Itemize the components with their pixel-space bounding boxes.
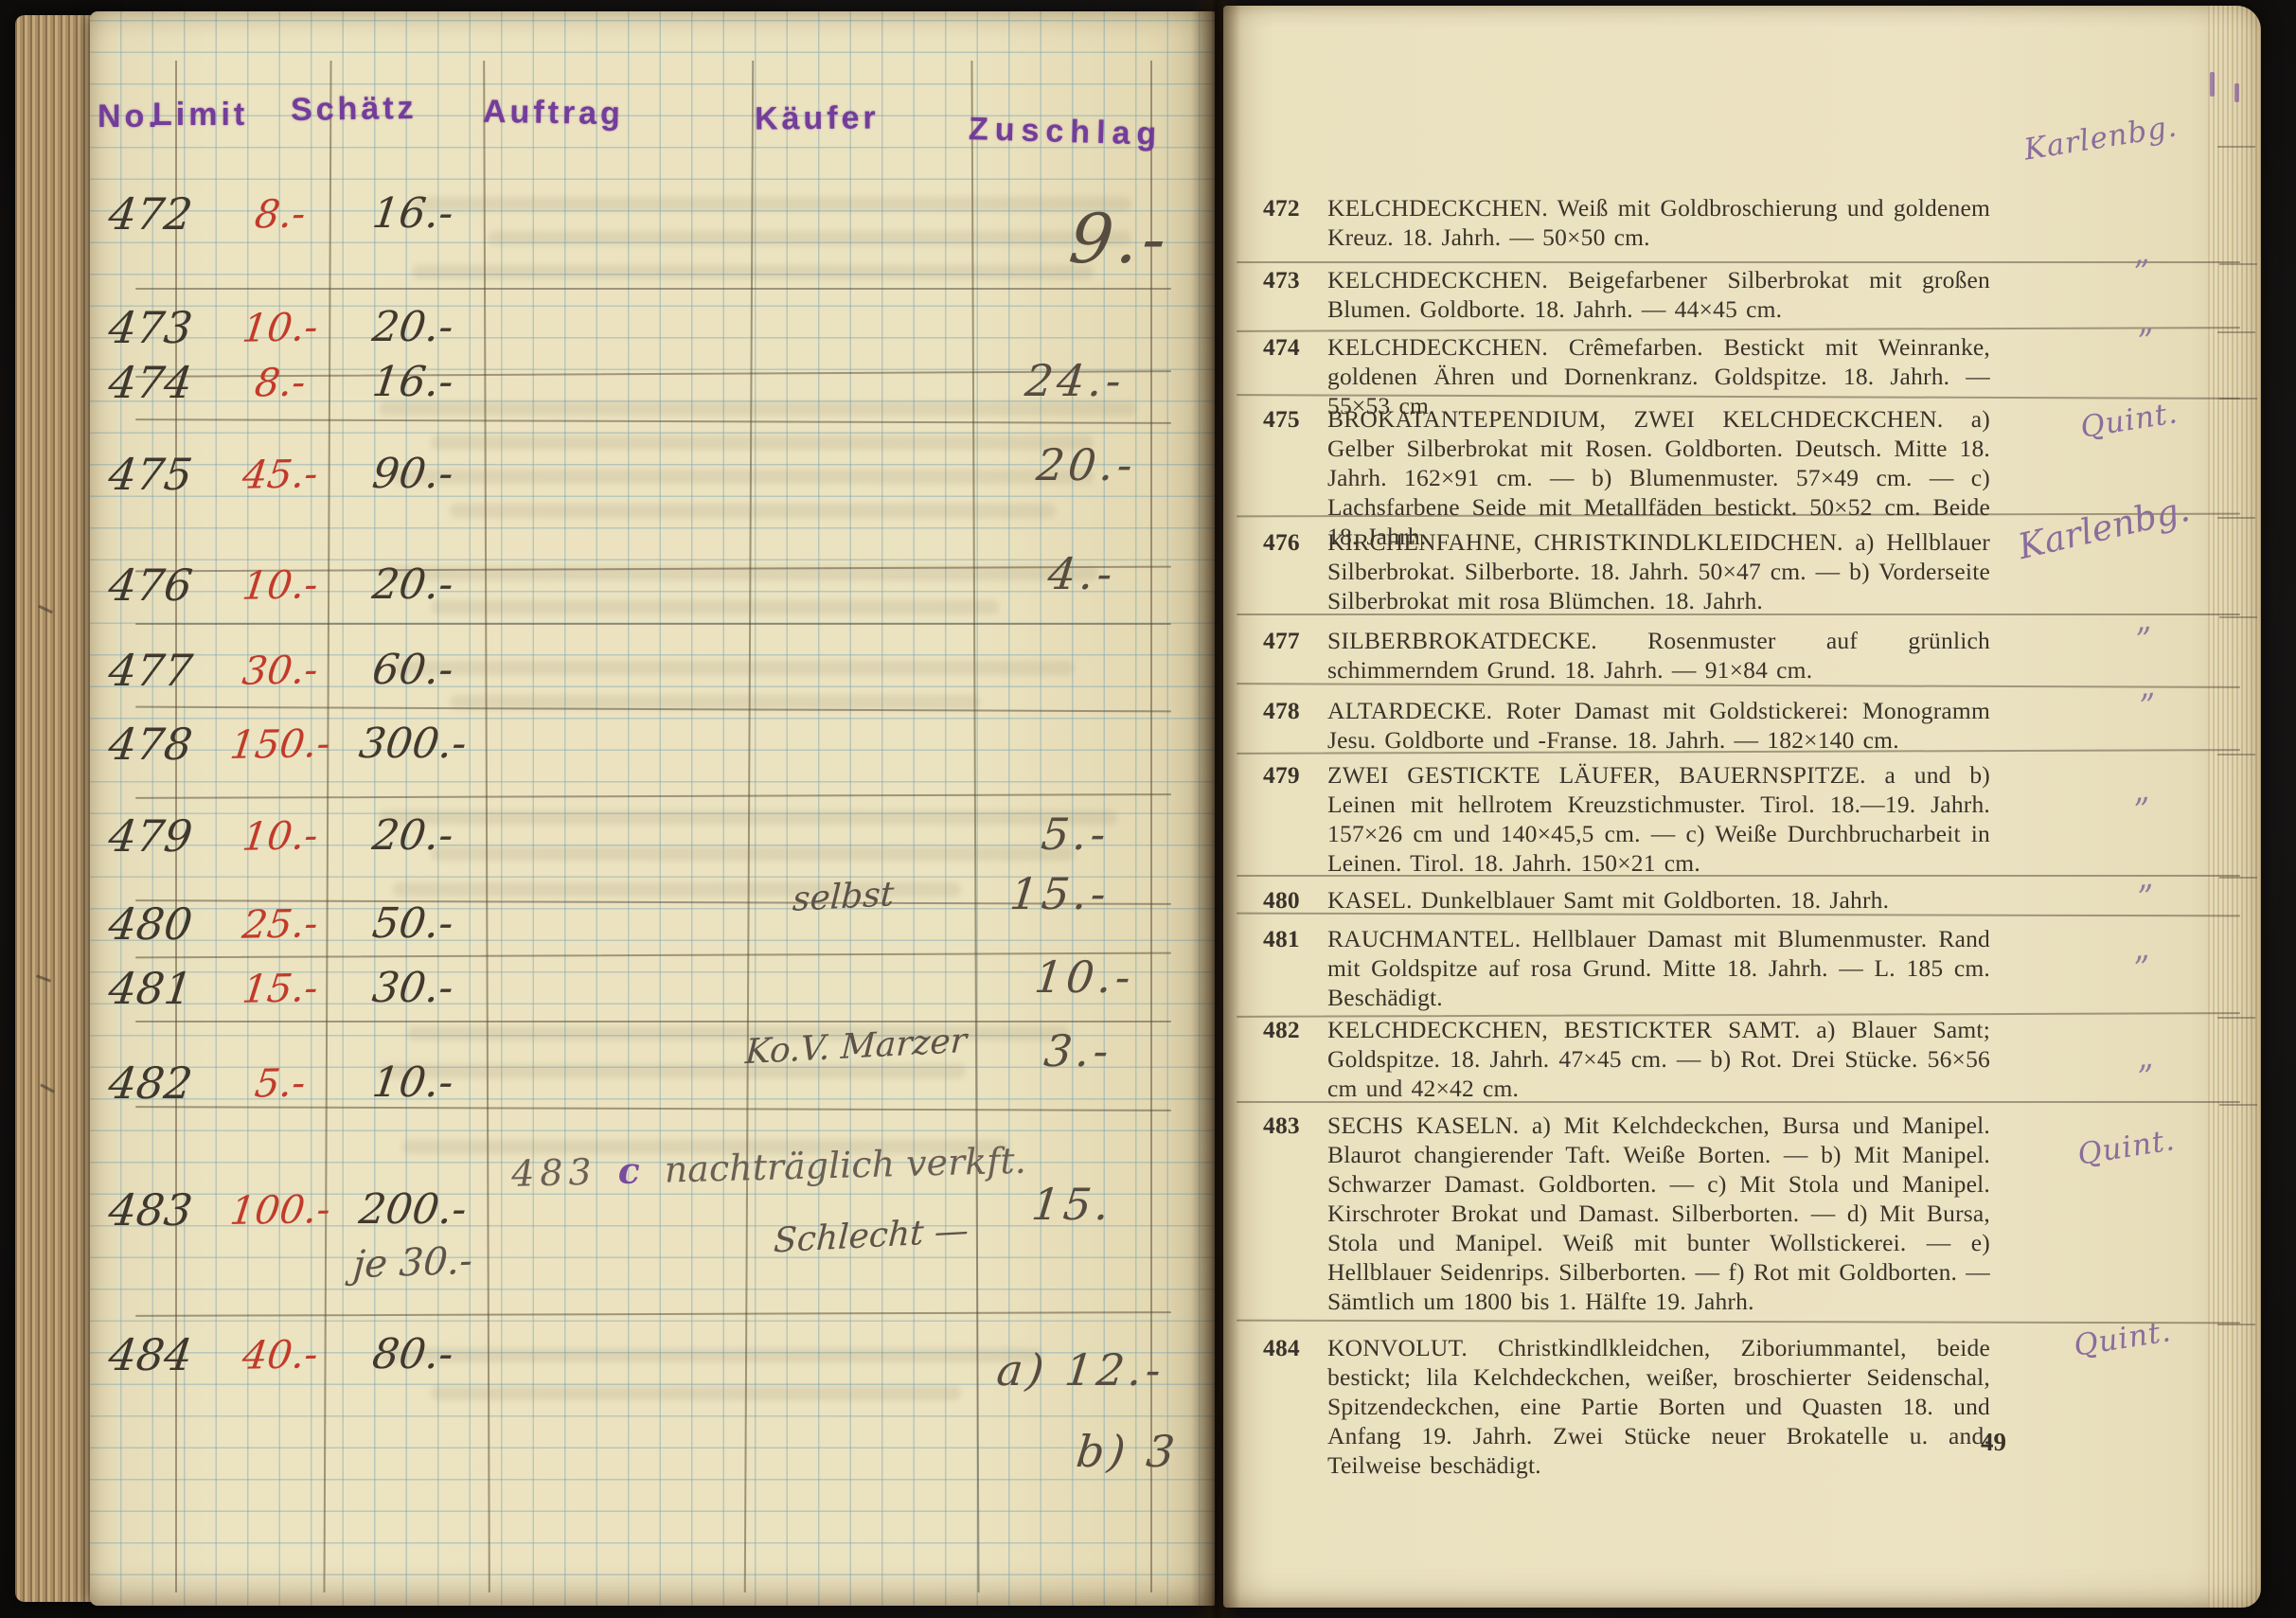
row-lot-number: 474 <box>104 358 197 407</box>
row-lot-number: 481 <box>104 964 197 1013</box>
catalog-entry: 477 SILBERBROKATDECKE. Rosenmuster auf g… <box>1252 626 1992 685</box>
catalog-page: 472 KELCHDECKCHEN. Weiß mit Goldbroschie… <box>1223 6 2261 1608</box>
row-estimate-value: 90.- <box>341 450 485 499</box>
row-lot-number: 480 <box>104 899 197 949</box>
row-lot-number: 483 <box>104 1185 197 1235</box>
row-hammer-price: a) 12.- <box>994 1345 1166 1395</box>
row-hammer-price: 9.- <box>1067 214 1171 263</box>
row-lot-number: 484 <box>104 1330 197 1379</box>
catalog-entry: 481 RAUCHMANTEL. Hellblauer Damast mit B… <box>1252 924 1992 1012</box>
row-estimate-value: 200.- <box>341 1185 485 1235</box>
column-header-auftrag: Auftrag <box>483 94 625 133</box>
entry-description: ALTARDECKE. Roter Damast mit Goldsticker… <box>1327 696 1990 755</box>
fore-edge-tick <box>2217 331 2255 333</box>
catalog-entry: 473 KELCHDECKCHEN. Beigefarbener Silberb… <box>1252 265 1992 324</box>
entry-separator-line <box>1237 261 2240 263</box>
entry-description: KIRCHENFAHNE, CHRISTKINDLKLEIDCHEN. a) H… <box>1327 527 1990 615</box>
row-limit-value: 8.- <box>218 357 344 408</box>
row-limit-value: 30.- <box>218 645 344 696</box>
row-limit-value: 10.- <box>218 560 344 611</box>
fore-edge-tick <box>2217 517 2255 519</box>
row-hammer-price: 24.- <box>1023 356 1127 405</box>
row-hammer-price: 15.- <box>1007 869 1112 918</box>
row-lot-number: 476 <box>104 560 197 610</box>
margin-note-ditto: ” <box>2136 1058 2156 1097</box>
row-estimate-value: 50.- <box>341 899 485 949</box>
entry-description: KASEL. Dunkelblauer Samt mit Goldborten.… <box>1327 885 1990 915</box>
row-limit-value: 10.- <box>218 302 344 353</box>
catalog-entry: 483 SECHS KASELN. a) Mit Kelchdeckchen, … <box>1252 1111 1992 1316</box>
fore-edge-tick <box>2217 1324 2255 1325</box>
annotation-lot: 483 <box>511 1151 598 1195</box>
entry-description: KELCHDECKCHEN. Beigefarbener Silberbroka… <box>1327 265 1990 324</box>
margin-note-buyer: Quint. <box>2075 1123 2178 1172</box>
row-estimate-value: 20.- <box>341 560 485 610</box>
entry-lot-number: 473 <box>1263 265 1300 294</box>
annotation-part: c <box>617 1148 640 1192</box>
row-estimate-value: 16.- <box>341 358 485 407</box>
entry-lot-number: 477 <box>1263 626 1300 655</box>
row-limit-value: 15.- <box>218 963 344 1014</box>
entry-description: SILBERBROKATDECKE. Rosenmuster auf grünl… <box>1327 626 1990 685</box>
entry-description: ZWEI GESTICKTE LÄUFER, BAUERNSPITZE. a u… <box>1327 760 1990 878</box>
entry-description: KELCHDECKCHEN, BESTICKTER SAMT. a) Blaue… <box>1327 1015 1990 1103</box>
ledger-row: 484 40.- 80.- a) 12.- b) 3 <box>90 1330 1215 1393</box>
ledger-row: 479 10.- 20.- 5.- <box>90 811 1215 874</box>
fore-edge-tick <box>2219 1104 2257 1106</box>
row-lot-number: 479 <box>104 811 197 861</box>
margin-note-buyer: Quint. <box>2078 396 2180 445</box>
row-limit-value: 100.- <box>218 1184 344 1236</box>
catalog-entry: 472 KELCHDECKCHEN. Weiß mit Goldbroschie… <box>1252 193 1992 252</box>
entry-description: KELCHDECKCHEN. Weiß mit Goldbroschierung… <box>1327 193 1990 252</box>
row-buyer-note: Schlecht — <box>773 1206 970 1266</box>
catalog-entry: 479 ZWEI GESTICKTE LÄUFER, BAUERNSPITZE.… <box>1252 760 1992 878</box>
row-estimate-value: 20.- <box>341 303 485 352</box>
entry-lot-number: 479 <box>1263 760 1300 790</box>
entry-description: KONVOLUT. Christkindlkleidchen, Ziborium… <box>1327 1333 1990 1480</box>
ledger-row: 474 8.- 16.- 24.- <box>90 358 1215 420</box>
row-estimate-value: 16.- <box>341 189 485 239</box>
page-number: 49 <box>1981 1428 2006 1457</box>
fore-edge-tick <box>2219 877 2257 879</box>
catalog-entry: 482 KELCHDECKCHEN, BESTICKTER SAMT. a) B… <box>1252 1015 1992 1103</box>
row-limit-value: 150.- <box>218 719 344 770</box>
entry-lot-number: 478 <box>1263 696 1300 725</box>
row-estimate-value: 300.- <box>341 720 485 769</box>
row-estimate-value: 80.- <box>341 1330 485 1379</box>
row-estimate-value: 10.- <box>341 1058 485 1108</box>
row-lot-number: 482 <box>104 1058 197 1108</box>
catalog-entry: 478 ALTARDECKE. Roter Damast mit Goldsti… <box>1252 696 1992 755</box>
fore-edge-tick <box>2217 1017 2255 1019</box>
row-lot-number: 477 <box>104 646 197 695</box>
row-separator-line <box>135 288 1171 290</box>
entry-lot-number: 484 <box>1263 1333 1300 1362</box>
row-hammer-price: 3.- <box>1041 1026 1114 1076</box>
entry-lot-number: 474 <box>1263 332 1300 362</box>
page-edge-stack-right <box>2208 6 2261 1608</box>
fore-edge-tick <box>2219 616 2257 618</box>
ledger-row: 472 8.- 16.- 9.- <box>90 189 1215 252</box>
ledger-row: 483 100.- 200.- je 30.- Schlecht — 15. <box>90 1185 1215 1248</box>
row-hammer-price: 10.- <box>1032 952 1136 1002</box>
row-hammer-price: 5.- <box>1039 809 1112 859</box>
column-header-limit: Limit <box>152 97 248 133</box>
ledger-row: 478 150.- 300.- <box>90 720 1215 782</box>
fore-edge-tick <box>2219 263 2257 265</box>
ledger-row: 477 30.- 60.- <box>90 646 1215 708</box>
entry-description: SECHS KASELN. a) Mit Kelchdeckchen, Burs… <box>1327 1111 1990 1316</box>
entry-lot-number: 476 <box>1263 527 1300 557</box>
row-lot-number: 472 <box>104 189 197 239</box>
row-limit-value: 10.- <box>218 810 344 862</box>
row-separator-line <box>135 1311 1171 1317</box>
column-header-kaeufer: Käufer <box>755 99 880 137</box>
margin-note-buyer: Karlenbg. <box>2021 109 2180 167</box>
row-estimate-value: 60.- <box>341 646 485 695</box>
row-limit-value: 40.- <box>218 1329 344 1380</box>
row-separator-line <box>135 623 1171 625</box>
fore-edge-stamp-mark <box>2234 83 2239 102</box>
row-limit-value: 25.- <box>218 898 344 950</box>
row-estimate-extra: je 30.- <box>351 1236 473 1290</box>
catalog-entry: 484 KONVOLUT. Christkindlkleidchen, Zibo… <box>1252 1333 1992 1480</box>
fore-edge-tick <box>2217 146 2255 148</box>
row-buyer-note: selbst <box>792 870 896 925</box>
entry-separator-line <box>1237 327 2240 332</box>
row-limit-value: 5.- <box>218 1058 344 1109</box>
entry-lot-number: 481 <box>1263 924 1300 953</box>
ledger-row: 476 10.- 20.- 4.- <box>90 560 1215 623</box>
margin-note-ditto: ” <box>2132 791 2152 830</box>
auction-ledger-book-spread: No. Limit Schätz Auftrag Käufer Zuschlag… <box>0 0 2296 1618</box>
ledger-row: 481 15.- 30.- 10.- <box>90 964 1215 1026</box>
row-limit-value: 8.- <box>218 188 344 240</box>
row-lot-number: 475 <box>104 450 197 499</box>
row-lot-number: 478 <box>104 720 197 769</box>
margin-note-ditto: ” <box>2132 253 2152 293</box>
entry-lot-number: 482 <box>1263 1015 1300 1044</box>
entry-lot-number: 483 <box>1263 1111 1300 1140</box>
entry-lot-number: 475 <box>1263 404 1300 434</box>
catalog-entry: 480 KASEL. Dunkelblauer Samt mit Goldbor… <box>1252 885 1992 915</box>
entry-separator-line <box>1237 1320 2240 1325</box>
column-header-no: No. <box>98 98 161 135</box>
book-gutter <box>1191 0 1240 1618</box>
row-hammer-price-b: b) 3 <box>1074 1427 1181 1476</box>
margin-note-ditto: ” <box>2138 686 2158 726</box>
row-limit-value: 45.- <box>218 449 344 500</box>
margin-note-buyer: Karlenbg. <box>2015 489 2194 567</box>
ledger-row: 482 5.- 10.- Ko.V. Marzer 3.- <box>90 1058 1215 1121</box>
margin-note-ditto: ” <box>2136 878 2156 917</box>
ledger-row: 475 45.- 90.- 20.- <box>90 450 1215 512</box>
column-header-zuschlag: Zuschlag <box>968 111 1163 153</box>
entry-description: RAUCHMANTEL. Hellblauer Damast mit Blume… <box>1327 924 1990 1012</box>
column-header-schaetz: Schätz <box>291 90 418 129</box>
annotation-text: nachträglich verkft. <box>664 1140 1026 1191</box>
row-hammer-price: 20.- <box>1034 440 1138 489</box>
ledger-page: No. Limit Schätz Auftrag Käufer Zuschlag… <box>90 11 1215 1606</box>
fore-edge-stamp-mark <box>2210 72 2215 97</box>
catalog-entry: 476 KIRCHENFAHNE, CHRISTKINDLKLEIDCHEN. … <box>1252 527 1992 615</box>
row-lot-number: 473 <box>104 303 197 352</box>
row-hammer-price: 4.- <box>1045 549 1118 598</box>
row-hammer-price: 15. <box>1029 1180 1115 1229</box>
row-estimate-value: 30.- <box>341 964 485 1013</box>
fore-edge-tick <box>2217 754 2255 756</box>
fore-edge-tick <box>2219 398 2257 400</box>
row-estimate-value: 20.- <box>341 811 485 861</box>
entry-lot-number: 480 <box>1263 885 1300 915</box>
row-buyer-note: Ko.V. Marzer <box>744 1017 968 1077</box>
margin-note-ditto: ” <box>2134 620 2154 660</box>
entry-lot-number: 472 <box>1263 193 1300 222</box>
row-separator-line <box>135 793 1171 799</box>
margin-note-ditto: ” <box>2132 949 2152 988</box>
